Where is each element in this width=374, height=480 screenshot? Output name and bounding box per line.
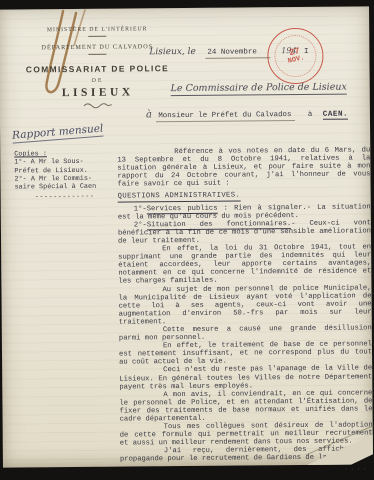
letterhead: MINISTÈRE DE L'INTÉRIEUR DÉPARTEMENT DU … bbox=[25, 26, 170, 109]
letterhead-divider bbox=[88, 54, 106, 55]
copies-divider: ------------- bbox=[15, 193, 115, 202]
paragraph: Au sujet de mon personnel de police Muni… bbox=[118, 284, 371, 327]
handwritten-note: Rapport mensuel bbox=[12, 123, 104, 144]
letterhead-divider bbox=[88, 36, 106, 37]
date-line: Lisieux, le 24 Novembre 194 I bbox=[149, 39, 367, 59]
document-page: MINISTÈRE DE L'INTÉRIEUR DÉPARTEMENT DU … bbox=[0, 6, 373, 467]
paragraph: A mon avis, il conviendrait, en ce qui c… bbox=[119, 389, 372, 424]
addressee-name: Monsieur le Préfet du Calvados bbox=[156, 111, 295, 122]
letterhead-ministry: MINISTÈRE DE L'INTÉRIEUR bbox=[25, 26, 169, 33]
addressee-prefix: à bbox=[146, 109, 152, 120]
screenshot-root: { "colors": { "paper": "#ebe7d9", "scan_… bbox=[0, 0, 374, 480]
paragraph: En effet, le traitement de base de ce pe… bbox=[119, 341, 372, 367]
item-number: 1°- bbox=[134, 205, 147, 213]
letterhead-office: COMMISSARIAT DE POLICE bbox=[25, 63, 169, 74]
date-place-label: Lisieux, le bbox=[149, 47, 196, 57]
letter-body: Référence à vos notes en date du 6 Mars,… bbox=[117, 146, 373, 474]
letterhead-flourish bbox=[83, 102, 113, 109]
copies-line: saire Spécial à Caen bbox=[15, 183, 115, 192]
copies-block: Copies : 1°- A Mr le Sous- Préfet de Lis… bbox=[14, 150, 114, 203]
paragraph: Ceci n'est du reste pas l'apanage de la … bbox=[119, 365, 372, 391]
corner-cut bbox=[347, 453, 374, 466]
item-number: 2°- bbox=[134, 221, 147, 229]
paragraph: En effet, la loi du 31 Octobre 1941, tou… bbox=[118, 243, 371, 286]
letterhead-department: DÉPARTEMENT DU CALVADOS bbox=[25, 43, 169, 51]
numbered-item: 2°-Situation des fonctionnaires.- Ceux-c… bbox=[118, 219, 371, 245]
addressee-at: à bbox=[308, 111, 313, 119]
stamp-month: NOV. bbox=[287, 55, 305, 66]
continuation-dots: .... bbox=[120, 464, 373, 474]
addressee-line: à Monsieur le Préfet du Calvados à CAEN. bbox=[146, 102, 370, 122]
addressee-city: CAEN. bbox=[323, 111, 348, 120]
letterhead-office-de: DE bbox=[26, 77, 170, 84]
sender-line: Le Commissaire de Police de Lisieux bbox=[152, 74, 366, 95]
paragraph: Référence à vos notes en date du 6 Mars,… bbox=[117, 146, 370, 189]
scan-background: MINISTÈRE DE L'INTÉRIEUR DÉPARTEMENT DU … bbox=[0, 0, 374, 480]
sender-title: Le Commissaire de Police de Lisieux bbox=[171, 82, 347, 97]
date-typed: 24 Novembre bbox=[205, 48, 271, 59]
letterhead-city: LISIEUX bbox=[26, 86, 170, 99]
section-header: QUESTIONS ADMINISTRATIVES. bbox=[118, 191, 371, 201]
